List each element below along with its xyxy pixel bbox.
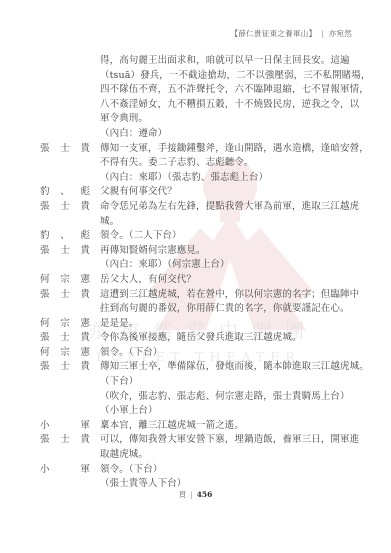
script-line: 豹、彪 領令。（二人下台）	[0, 229, 391, 244]
dialogue-text: 軍令典刑。	[100, 112, 360, 127]
dialogue-text: 這遭到三江越虎城，若在營中，你以何宗憲的名字；但臨陣中	[100, 288, 360, 303]
speaker-label	[40, 127, 90, 142]
script-page: 【薛仁貴征東之養軍山】 | 亦宛然 亦宛然掌中劇團 PUPPET THEATER…	[0, 0, 391, 553]
dialogue-text: 稟本官，離三江越虎城一箭之遙。	[100, 419, 360, 434]
page-number: 456	[197, 490, 213, 499]
speaker-label	[40, 98, 90, 113]
speaker-label: 張士貴	[40, 142, 90, 157]
dialogue-text: 不得有失。委二子志豹、志彪聽令。	[100, 156, 360, 171]
speaker-label: 小軍	[40, 463, 90, 478]
script-line: 張士貴 命令恁兄弟為左右先鋒，提點我營大軍為前軍，進取三江越虎	[0, 200, 391, 215]
speaker-label: 豹、彪	[40, 185, 90, 200]
script-line: 張士貴 再傳知賢婿何宗憲應見。	[0, 244, 391, 259]
script-line: （tsuā）發兵，一不截途搶劫，二不以強壓弱，三不私開賭場，	[0, 69, 391, 84]
speaker-label: 張士貴	[40, 433, 90, 448]
speaker-label	[40, 375, 90, 390]
speaker-label	[40, 112, 90, 127]
dialogue-text: 父親有何事交代？	[100, 185, 360, 200]
script-line: （內白：來耶）（何宗憲上台）	[0, 258, 391, 273]
troupe-name: 亦宛然	[329, 29, 352, 38]
speaker-label: 張士貴	[40, 200, 90, 215]
speaker-label	[40, 69, 90, 84]
script-line: 何宗憲 是是是。	[0, 317, 391, 332]
dialogue-text: 城。	[100, 215, 360, 230]
script-line: （吹介，張志豹、張志彪、何宗憲走路，張士貴騎馬上台）	[0, 390, 391, 405]
dialogue-text: 再傳知賢婿何宗憲應見。	[100, 244, 360, 259]
script-line: 小軍 領令。（下台）	[0, 463, 391, 478]
dialogue-text: （下台）	[100, 375, 360, 390]
script-line: 張士貴 令你為後軍接應，隨岳父發兵進取三江越虎城。	[0, 331, 391, 346]
speaker-label: 張士貴	[40, 331, 90, 346]
script-line: 得，高句麗王出面求和，咱就可以早一日保主回長安。這遍	[0, 54, 391, 69]
speaker-label: 小軍	[40, 419, 90, 434]
dialogue-text: 傳知三軍士卒，準備隊伍，發炮而後，隨本帥進取三江越虎城。	[100, 360, 360, 375]
speaker-label: 何宗憲	[40, 317, 90, 332]
speaker-label	[40, 258, 90, 273]
dialogue-text: 取越虎城。	[100, 448, 360, 463]
dialogue-text: 八不姦淫婦女，九不糟損五穀，十不燒毀民房，逆我之令，以	[100, 98, 360, 113]
page-footer: 頁|456	[0, 489, 391, 500]
footer-label: 頁	[179, 490, 187, 499]
script-line: 何宗憲 岳父大人，有何交代？	[0, 273, 391, 288]
dialogue-text: 岳父大人，有何交代？	[100, 273, 360, 288]
speaker-label	[40, 171, 90, 186]
script-line: 張士貴 這遭到三江越虎城，若在營中，你以何宗憲的名字；但臨陣中	[0, 288, 391, 303]
script-line: （內白：來耶）（張志豹、張志彪上台）	[0, 171, 391, 186]
script-line: 何宗憲 領令。（下台）	[0, 346, 391, 361]
dialogue-text: 得，高句麗王出面求和，咱就可以早一日保主回長安。這遍	[100, 54, 360, 69]
script-line: 張士貴 傳知三軍士卒，準備隊伍，發炮而後，隨本帥進取三江越虎城。	[0, 360, 391, 375]
dialogue-text: （tsuā）發兵，一不截途搶劫，二不以強壓弱，三不私開賭場，	[100, 69, 360, 84]
dialogue-text: 令你為後軍接應，隨岳父發兵進取三江越虎城。	[100, 331, 360, 346]
speaker-label	[40, 83, 90, 98]
dialogue-text: 領令。（下台）	[100, 463, 360, 478]
script-line: 小軍 稟本官，離三江越虎城一箭之遙。	[0, 419, 391, 434]
speaker-label: 豹、彪	[40, 229, 90, 244]
dialogue-text: （吹介，張志豹、張志彪、何宗憲走路，張士貴騎馬上台）	[100, 390, 360, 405]
script-line: 八不姦淫婦女，九不糟損五穀，十不燒毀民房，逆我之令，以	[0, 98, 391, 113]
speaker-label: 張士貴	[40, 244, 90, 259]
dialogue-text: （小軍上台）	[100, 404, 360, 419]
footer-separator: |	[190, 490, 193, 499]
dialogue-text: 領令。（二人下台）	[100, 229, 360, 244]
book-title: 【薛仁貴征東之養軍山】	[231, 29, 317, 38]
speaker-label	[40, 54, 90, 69]
speaker-label	[40, 215, 90, 230]
script-line: 取越虎城。	[0, 448, 391, 463]
page-header: 【薛仁貴征東之養軍山】 | 亦宛然	[231, 28, 352, 39]
speaker-label	[40, 404, 90, 419]
dialogue-text: 是是是。	[100, 317, 360, 332]
script-line: 拄到高句麗的番奴，你用薛仁貴的名字，你就要謹記在心。	[0, 302, 391, 317]
dialogue-text: 四不隊伍不齊，五不詐聲托令，六不臨陣退縮，七不冒報軍情，	[100, 83, 360, 98]
script-line: 張士貴 傳知一支軍，手接鋤鍾鑿斧，逢山開路，遇水造橋，逢暗安營，	[0, 142, 391, 157]
script-line: 不得有失。委二子志豹、志彪聽令。	[0, 156, 391, 171]
header-separator: |	[321, 29, 324, 38]
speaker-label: 何宗憲	[40, 273, 90, 288]
dialogue-text: 命令恁兄弟為左右先鋒，提點我營大軍為前軍，進取三江越虎	[100, 200, 360, 215]
speaker-label: 張士貴	[40, 288, 90, 303]
speaker-label	[40, 390, 90, 405]
speaker-label	[40, 448, 90, 463]
script-line: （小軍上台）	[0, 404, 391, 419]
speaker-label: 張士貴	[40, 360, 90, 375]
script-line: 豹、彪 父親有何事交代？	[0, 185, 391, 200]
script-line: （下台）	[0, 375, 391, 390]
speaker-label	[40, 302, 90, 317]
script-line: （內白：遵命）	[0, 127, 391, 142]
script-line: 城。	[0, 215, 391, 230]
dialogue-text: （內白：來耶）（何宗憲上台）	[100, 258, 360, 273]
dialogue-text: （內白：來耶）（張志豹、張志彪上台）	[100, 171, 360, 186]
script-body: 得，高句麗王出面求和，咱就可以早一日保主回長安。這遍 （tsuā）發兵，一不截途…	[0, 54, 391, 492]
speaker-label	[40, 156, 90, 171]
dialogue-text: 可以，傳知我營大軍安營下寨，埋鍋造飯，養軍三日，開軍進	[100, 433, 360, 448]
dialogue-text: （內白：遵命）	[100, 127, 360, 142]
script-line: 軍令典刑。	[0, 112, 391, 127]
speaker-label: 何宗憲	[40, 346, 90, 361]
dialogue-text: 領令。（下台）	[100, 346, 360, 361]
dialogue-text: 拄到高句麗的番奴，你用薛仁貴的名字，你就要謹記在心。	[100, 302, 360, 317]
script-line: 四不隊伍不齊，五不詐聲托令，六不臨陣退縮，七不冒報軍情，	[0, 83, 391, 98]
script-line: 張士貴 可以，傳知我營大軍安營下寨，埋鍋造飯，養軍三日，開軍進	[0, 433, 391, 448]
dialogue-text: 傳知一支軍，手接鋤鍾鑿斧，逢山開路，遇水造橋，逢暗安營，	[100, 142, 360, 157]
